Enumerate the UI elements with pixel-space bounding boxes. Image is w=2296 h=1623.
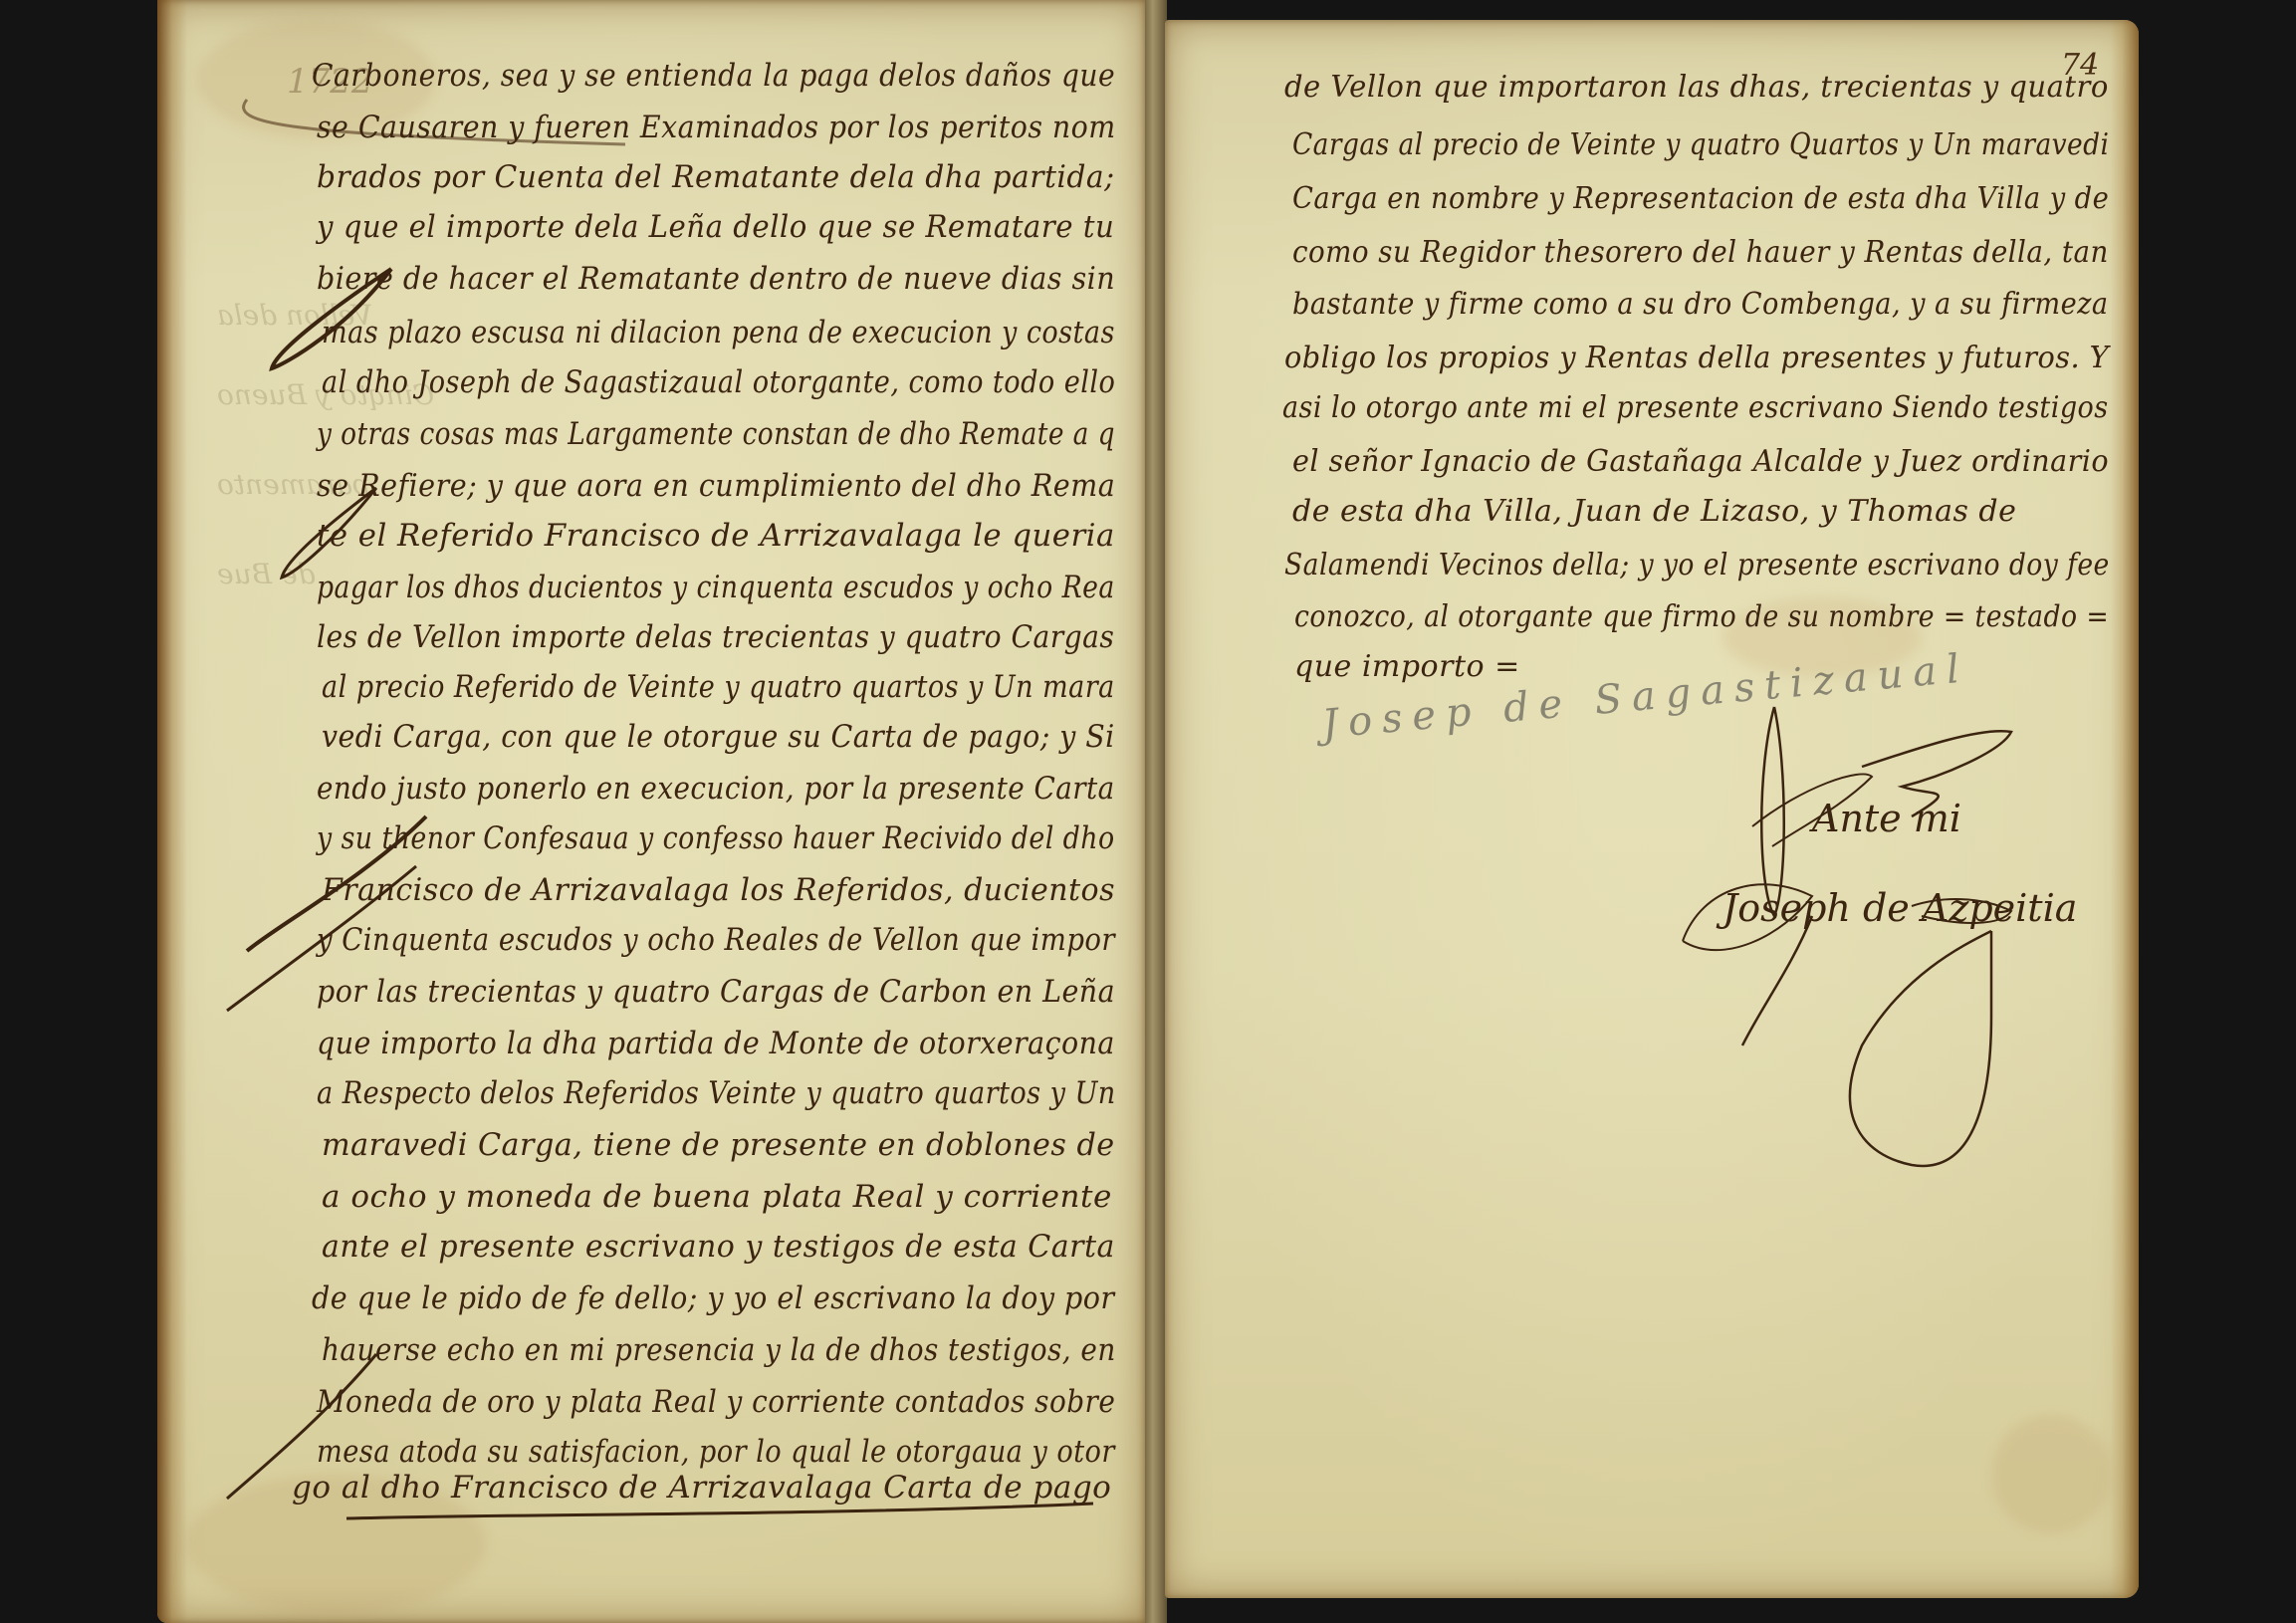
text-line: Moneda de oro y plata Real y corriente c… (317, 1384, 1115, 1420)
text-line: mesa atoda su satisfacion, por lo qual l… (317, 1434, 1115, 1470)
text-line: se Causaren y fueren Examinados por los … (317, 110, 1116, 145)
text-line: mas plazo escusa ni dilacion pena de exe… (322, 315, 1115, 350)
text-line: hauerse echo en mi presencia y la de dho… (322, 1332, 1116, 1368)
text-line: asi lo otorgo ante mi el presente escriv… (1282, 390, 2109, 425)
left-page: 1722 Vellon dela Cinqto y Bueno parament… (157, 0, 1145, 1623)
text-line: les de Vellon importe delas trecientas y… (317, 619, 1114, 655)
text-line: y su thenor Confesaua y confesso hauer R… (317, 820, 1115, 856)
text-line: Carga en nombre y Representacion de esta… (1292, 181, 2109, 216)
text-line: endo justo ponerlo en execucion, por la … (317, 771, 1115, 807)
right-page: 74 de Vellon que importaron las dhas, tr… (1165, 20, 2139, 1598)
text-line: bastante y firme como a su dro Combenga,… (1292, 287, 2109, 322)
text-line: de esta dha Villa, Juan de Lizaso, y Tho… (1292, 494, 2016, 529)
margin-flourish-icon (197, 777, 456, 1055)
signature-notary: Joseph de Azpeitia (1722, 886, 2077, 930)
text-line: biere de hacer el Rematante dentro de nu… (317, 261, 1115, 297)
text-line: ante el presente escrivano y testigos de… (322, 1229, 1115, 1265)
signature-ante-mi: Ante mi (1812, 797, 1961, 840)
bleed-through-text: de Bue (217, 558, 316, 590)
text-line: go al dho Francisco de Arrizavalaga Cart… (292, 1470, 1111, 1506)
text-line: y otras cosas mas Largamente constan de … (317, 416, 1115, 452)
text-line: al precio Referido de Veinte y quatro qu… (322, 669, 1115, 705)
text-line: a ocho y moneda de buena plata Real y co… (322, 1179, 1112, 1215)
text-line: y Cinquenta escudos y ocho Reales de Vel… (317, 922, 1115, 958)
text-line: al dho Joseph de Sagastizaual otorgante,… (322, 364, 1115, 400)
text-line: que importo = (1294, 649, 1520, 684)
text-line: maravedi Carga, tiene de presente en dob… (322, 1127, 1115, 1163)
paper-stain (1991, 1414, 2111, 1533)
text-line: y que el importe dela Leña dello que se … (317, 209, 1114, 245)
text-line: de que le pido de fe dello; y yo el escr… (312, 1280, 1115, 1316)
text-line: Francisco de Arrizavalaga los Referidos,… (322, 872, 1115, 908)
text-line: te el Referido Francisco de Arrizavalaga… (317, 518, 1115, 554)
text-line: a Respecto delos Referidos Veinte y quat… (317, 1075, 1116, 1111)
text-line: por las trecientas y quatro Cargas de Ca… (317, 974, 1115, 1010)
text-line: pagar los dhos ducientos y cinquenta esc… (317, 570, 1115, 605)
signature-rubric-icon (1663, 687, 2081, 1245)
text-line: Carboneros, sea y se entienda la paga de… (312, 58, 1115, 94)
text-line: como su Regidor thesorero del hauer y Re… (1292, 235, 2109, 270)
text-line: se Refiere; y que aora en cumplimiento d… (317, 468, 1115, 504)
text-line: brados por Cuenta del Rematante dela dha… (317, 159, 1115, 195)
text-line: el señor Ignacio de Gastañaga Alcalde y … (1292, 444, 2109, 479)
text-line: obligo los propios y Rentas della presen… (1284, 341, 2109, 375)
text-line: Salamendi Vecinos della; y yo el present… (1284, 548, 2110, 582)
book-spine-gutter (1145, 0, 1167, 1623)
text-line: de Vellon que importaron las dhas, treci… (1284, 70, 2109, 105)
text-line: vedi Carga, con que le otorgue su Carta … (322, 719, 1115, 755)
manuscript-spread: 1722 Vellon dela Cinqto y Bueno parament… (0, 0, 2296, 1623)
text-line: que importo la dha partida de Monte de o… (317, 1026, 1115, 1061)
text-line: conozco, al otorgante que firmo de su no… (1294, 599, 2109, 634)
text-line: Cargas al precio de Veinte y quatro Quar… (1292, 127, 2109, 162)
